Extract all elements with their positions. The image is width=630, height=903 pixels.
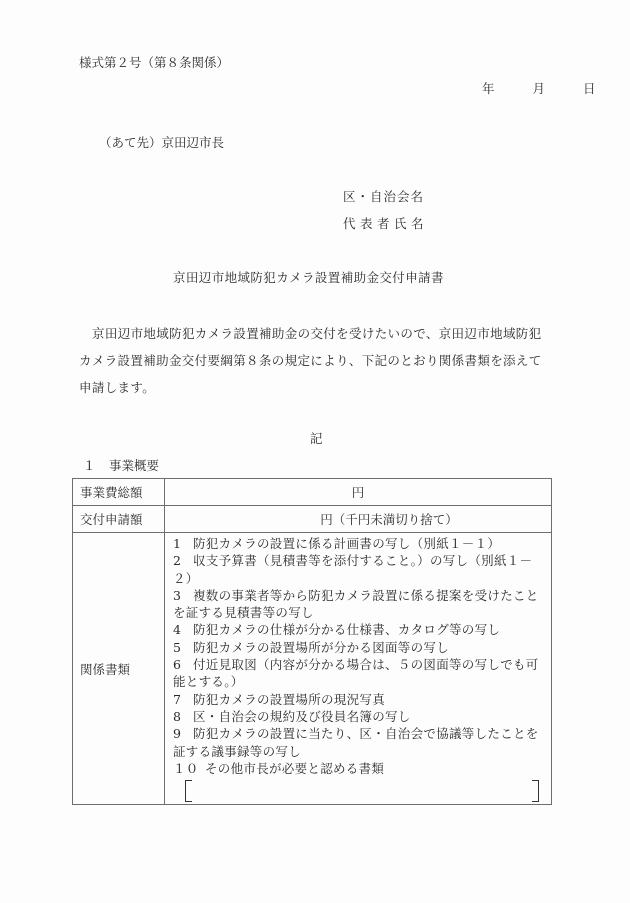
bracket-right-icon — [532, 780, 539, 802]
addressee: （あて先）京田辺市長 — [99, 133, 224, 151]
doc-item-9: 9防犯カメラの設置に当たり、区・自治会で協議等したことを証する議事録等の写し — [173, 725, 543, 760]
doc-item-8: 8区・自治会の規約及び役員名簿の写し — [173, 708, 543, 725]
doc-item-5: 5防犯カメラの設置場所が分かる図面等の写し — [173, 639, 543, 656]
section-title: 事業概要 — [109, 458, 159, 473]
related-docs-list: 1防犯カメラの設置に係る計画書の写し（別紙１－１） 2収支予算書（見積書等を添付… — [165, 533, 552, 805]
document-title: 京田辺市地域防犯カメラ設置補助金交付申請書 — [173, 268, 444, 286]
doc-item-7: 7防犯カメラの設置場所の現況写真 — [173, 691, 543, 708]
section-heading: １事業概要 — [83, 456, 159, 474]
form-number: 様式第２号（第８条関係） — [79, 53, 229, 71]
table-row: 関係書類 1防犯カメラの設置に係る計画書の写し（別紙１－１） 2収支予算書（見積… — [73, 533, 552, 805]
bracket-left-icon — [185, 780, 192, 802]
section-number: １ — [83, 456, 109, 474]
grant-amount-field[interactable]: 円（千円未満切り捨て） — [165, 506, 552, 533]
grant-amount-unit: 円（千円未満切り捨て） — [258, 512, 458, 527]
doc-item-2: 2収支予算書（見積書等を添付すること。）の写し（別紙１－２） — [173, 552, 543, 587]
total-cost-label: 事業費総額 — [73, 479, 165, 506]
table-row: 交付申請額 円（千円未満切り捨て） — [73, 506, 552, 533]
grant-amount-label: 交付申請額 — [73, 506, 165, 533]
doc-item-4: 4防犯カメラの仕様が分かる仕様書、カタログ等の写し — [173, 621, 543, 638]
body-text: 京田辺市地域防犯カメラ設置補助金の交付を受けたいので、京田辺市地域防犯カメラ設置… — [79, 320, 553, 401]
date-day-label: 日 — [583, 79, 596, 97]
date-month-label: 月 — [532, 79, 545, 97]
table-row: 事業費総額 円 — [73, 479, 552, 506]
total-cost-field[interactable]: 円 — [165, 479, 552, 506]
other-docs-field[interactable] — [173, 778, 543, 800]
doc-item-3: 3複数の事業者等から防犯カメラ設置に係る提案を受けたことを証する見積書等の写し — [173, 587, 543, 622]
related-docs-label: 関係書類 — [73, 533, 165, 805]
ki-heading: 記 — [310, 429, 323, 447]
overview-table: 事業費総額 円 交付申請額 円（千円未満切り捨て） 関係書類 1防犯カメラの設置… — [72, 478, 552, 805]
doc-item-1: 1防犯カメラの設置に係る計画書の写し（別紙１－１） — [173, 535, 543, 552]
representative-name-label: 代表者氏名 — [343, 214, 428, 232]
org-name-label: 区・自治会名 — [343, 187, 424, 205]
doc-item-6: 6付近見取図（内容が分かる場合は、５の図面等の写しでも可能とする。） — [173, 656, 543, 691]
date-line: 年 月 日 — [458, 79, 595, 97]
date-year-label: 年 — [482, 79, 495, 97]
doc-item-10: １０その他市長が必要と認める書類 — [173, 760, 543, 777]
